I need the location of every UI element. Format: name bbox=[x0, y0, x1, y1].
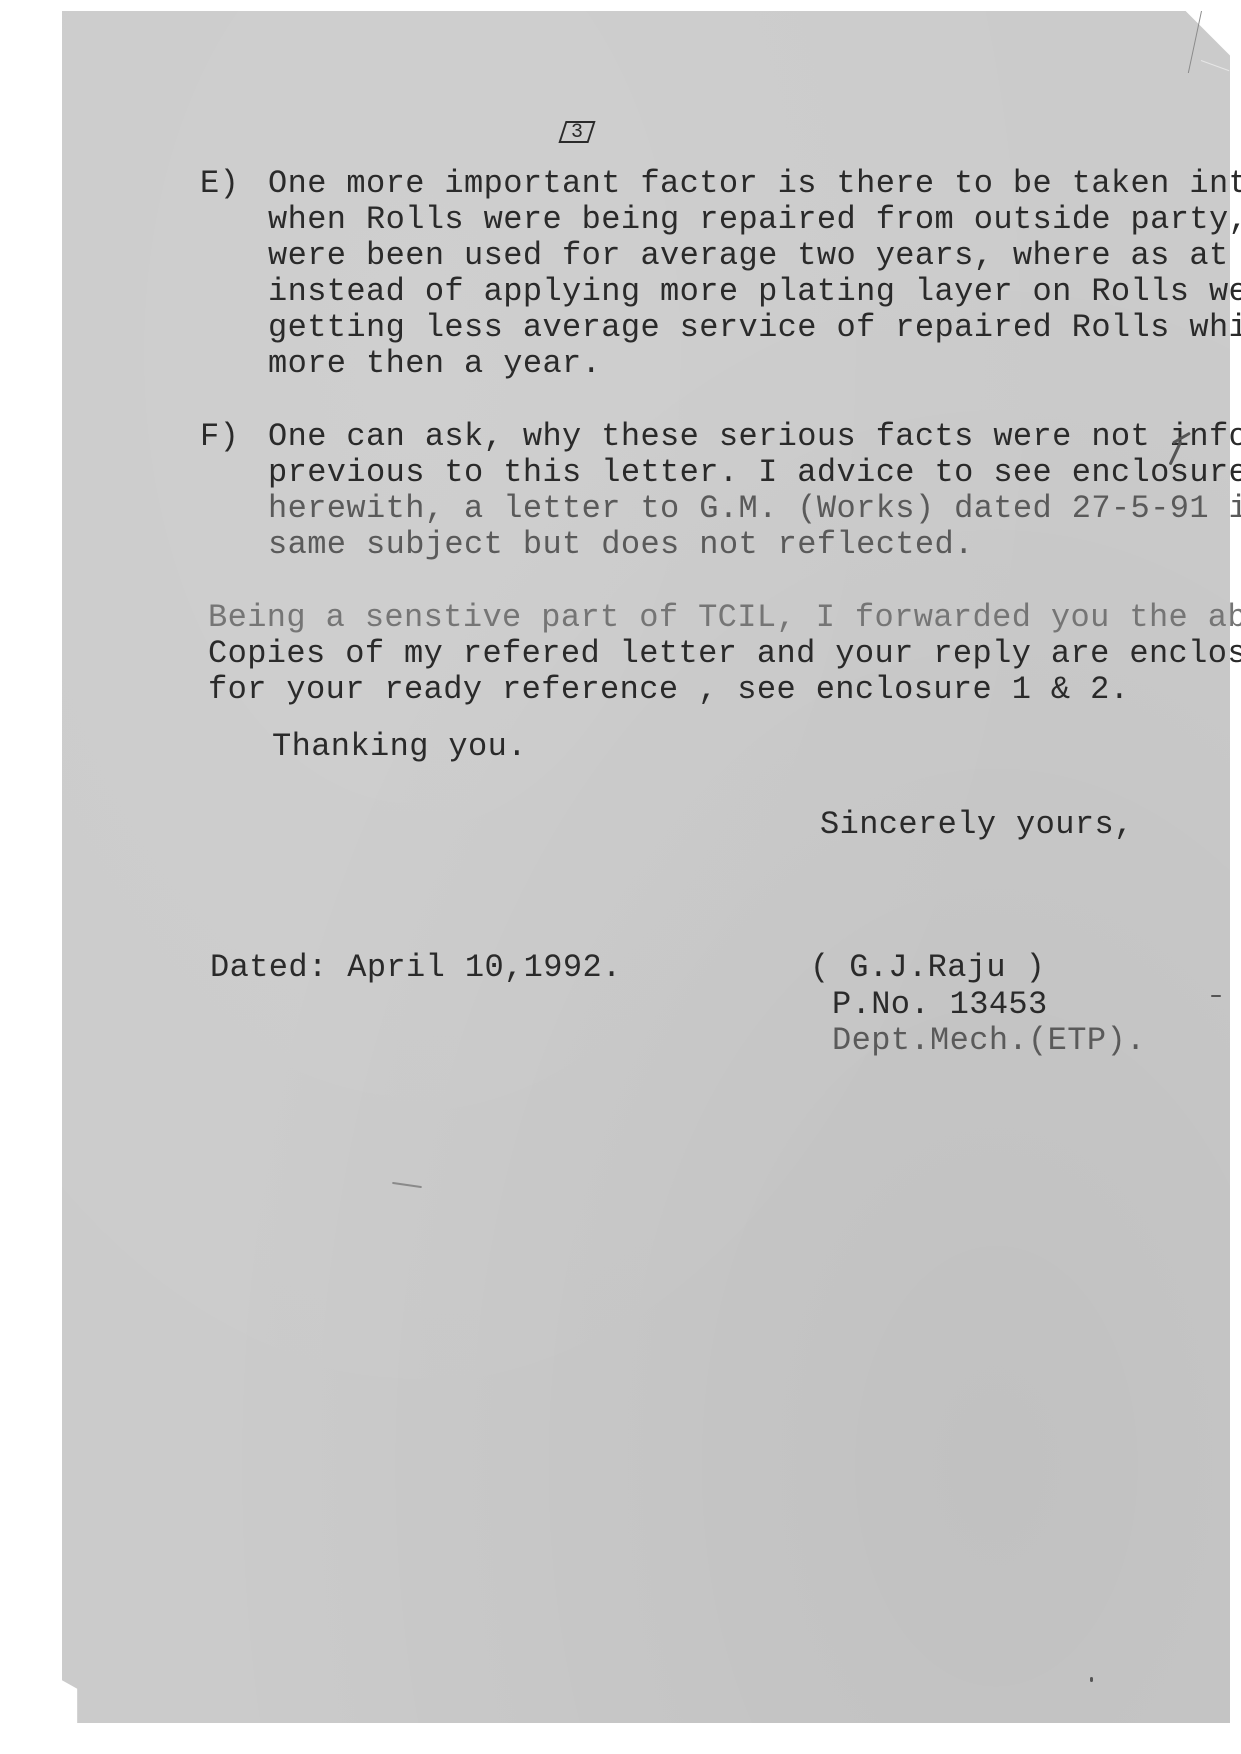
pen-mark bbox=[1211, 995, 1221, 997]
page-number: 3 bbox=[562, 121, 592, 145]
closing-line-1: Being a senstive part of TCIL, I forward… bbox=[208, 600, 1241, 636]
item-e-label: E) bbox=[200, 166, 239, 202]
item-e-line-1: One more important factor is there to be… bbox=[268, 166, 1241, 202]
date-line: Dated: April 10,1992. bbox=[210, 950, 622, 986]
signature-name: ( G.J.Raju ) bbox=[810, 950, 1045, 986]
speck bbox=[1090, 1677, 1093, 1682]
sign-off: Sincerely yours, bbox=[820, 807, 1134, 843]
signature-personnel-no: P.No. 13453 bbox=[832, 987, 1048, 1023]
item-e-line-6: more then a year. bbox=[268, 346, 601, 382]
item-f-line-2: previous to this letter. I advice to see… bbox=[268, 455, 1241, 491]
item-e-line-3: were been used for average two years, wh… bbox=[268, 238, 1241, 274]
item-f-line-3: herewith, a letter to G.M. (Works) dated… bbox=[268, 491, 1241, 527]
page-number-text: 3 bbox=[571, 121, 583, 144]
item-e-line-2: when Rolls were being repaired from outs… bbox=[268, 202, 1241, 238]
signature-department: Dept.Mech.(ETP). bbox=[832, 1023, 1146, 1059]
item-e-line-4: instead of applying more plating layer o… bbox=[268, 274, 1241, 310]
thanks-line: Thanking you. bbox=[272, 729, 527, 765]
item-f-line-1: One can ask, why these serious facts wer… bbox=[268, 419, 1241, 455]
closing-line-2: Copies of my refered letter and your rep… bbox=[208, 636, 1241, 672]
closing-line-3: for your ready reference , see enclosure… bbox=[208, 672, 1129, 708]
item-f-line-4: same subject but does not reflected. bbox=[268, 527, 974, 563]
item-f-label: F) bbox=[200, 419, 239, 455]
item-e-line-5: getting less average service of repaired… bbox=[268, 310, 1241, 346]
